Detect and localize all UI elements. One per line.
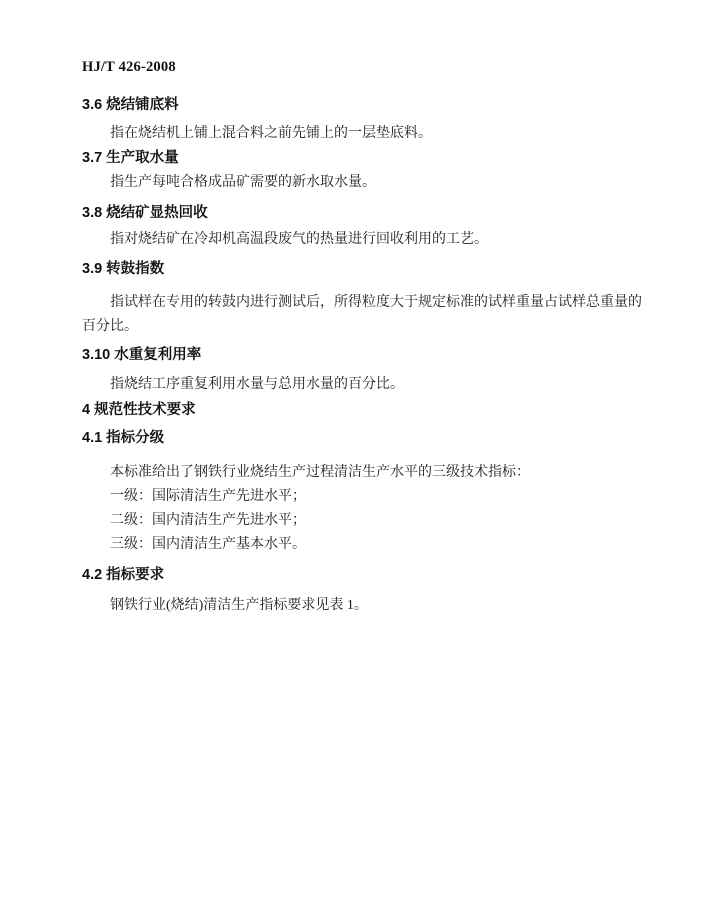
- paragraph-4-1: 本标准给出了钢铁行业烧结生产过程清洁生产水平的三级技术指标：: [82, 461, 644, 485]
- heading-4: 4 规范性技术要求: [82, 399, 644, 421]
- paragraph-3-9: 指试样在专用的转鼓内进行测试后，所得粒度大于规定标准的试样重量占试样总重量的百分…: [82, 291, 644, 339]
- paragraph-3-10: 指烧结工序重复利用水量与总用水量的百分比。: [82, 373, 644, 397]
- standard-number: HJ/T 426-2008: [82, 56, 644, 78]
- paragraph-3-7: 指生产每吨合格成品矿需要的新水取水量。: [82, 171, 644, 195]
- indicator-level-2: 二级：国内清洁生产先进水平；: [82, 509, 644, 533]
- indicator-level-3: 三级：国内清洁生产基本水平。: [82, 533, 644, 557]
- document-page: HJ/T 426-2008 3.6 烧结铺底料 指在烧结机上铺上混合料之前先铺上…: [0, 0, 720, 922]
- heading-3-9: 3.9 转鼓指数: [82, 258, 644, 280]
- heading-3-8: 3.8 烧结矿显热回收: [82, 202, 644, 224]
- indicator-level-1: 一级：国际清洁生产先进水平；: [82, 485, 644, 509]
- heading-3-7: 3.7 生产取水量: [82, 147, 644, 169]
- heading-3-6: 3.6 烧结铺底料: [82, 94, 644, 116]
- paragraph-4-2: 钢铁行业(烧结)清洁生产指标要求见表 1。: [82, 594, 644, 618]
- heading-4-1: 4.1 指标分级: [82, 427, 644, 449]
- heading-4-2: 4.2 指标要求: [82, 564, 644, 586]
- paragraph-3-6: 指在烧结机上铺上混合料之前先铺上的一层垫底料。: [82, 122, 644, 146]
- heading-3-10: 3.10 水重复利用率: [82, 344, 644, 366]
- paragraph-3-8: 指对烧结矿在冷却机高温段废气的热量进行回收利用的工艺。: [82, 228, 644, 252]
